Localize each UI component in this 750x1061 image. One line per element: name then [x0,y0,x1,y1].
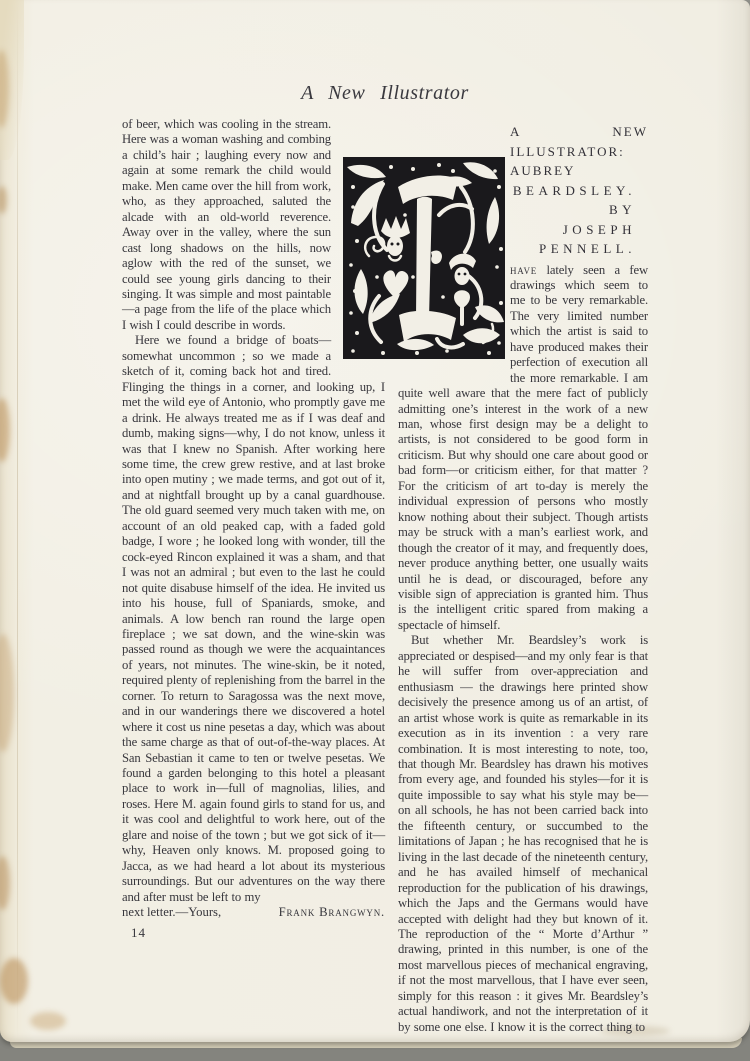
ornate-initial-I-woodcut [343,157,505,359]
paper-stain [30,1012,66,1030]
opening-small-caps: have [510,263,537,277]
page-edge-line [17,0,18,1042]
author-signature: Frank Brangwyn. [279,905,385,920]
magazine-page: A New Illustrator of beer, which was coo… [0,0,750,1042]
scanned-magazine-page: { "running_head": "A New Illustrator", "… [0,0,750,1061]
running-head: A New Illustrator [122,82,648,105]
paper-stain [0,856,10,910]
signoff-text: next letter.—Yours, [122,905,221,920]
paper-stain [0,186,7,214]
brangwyn-letter-paragraph: Here we found a bridge of boats—somewhat… [122,333,385,905]
page-number: 14 [131,925,385,941]
paper-stain [0,398,10,462]
signature-line: next letter.—Yours, Frank Brangwyn. [122,905,385,920]
paper-stain [0,634,14,752]
article-paragraph: But whether Mr. Beardsley’s work is appr… [398,633,648,1035]
paper-stain [0,958,28,1004]
